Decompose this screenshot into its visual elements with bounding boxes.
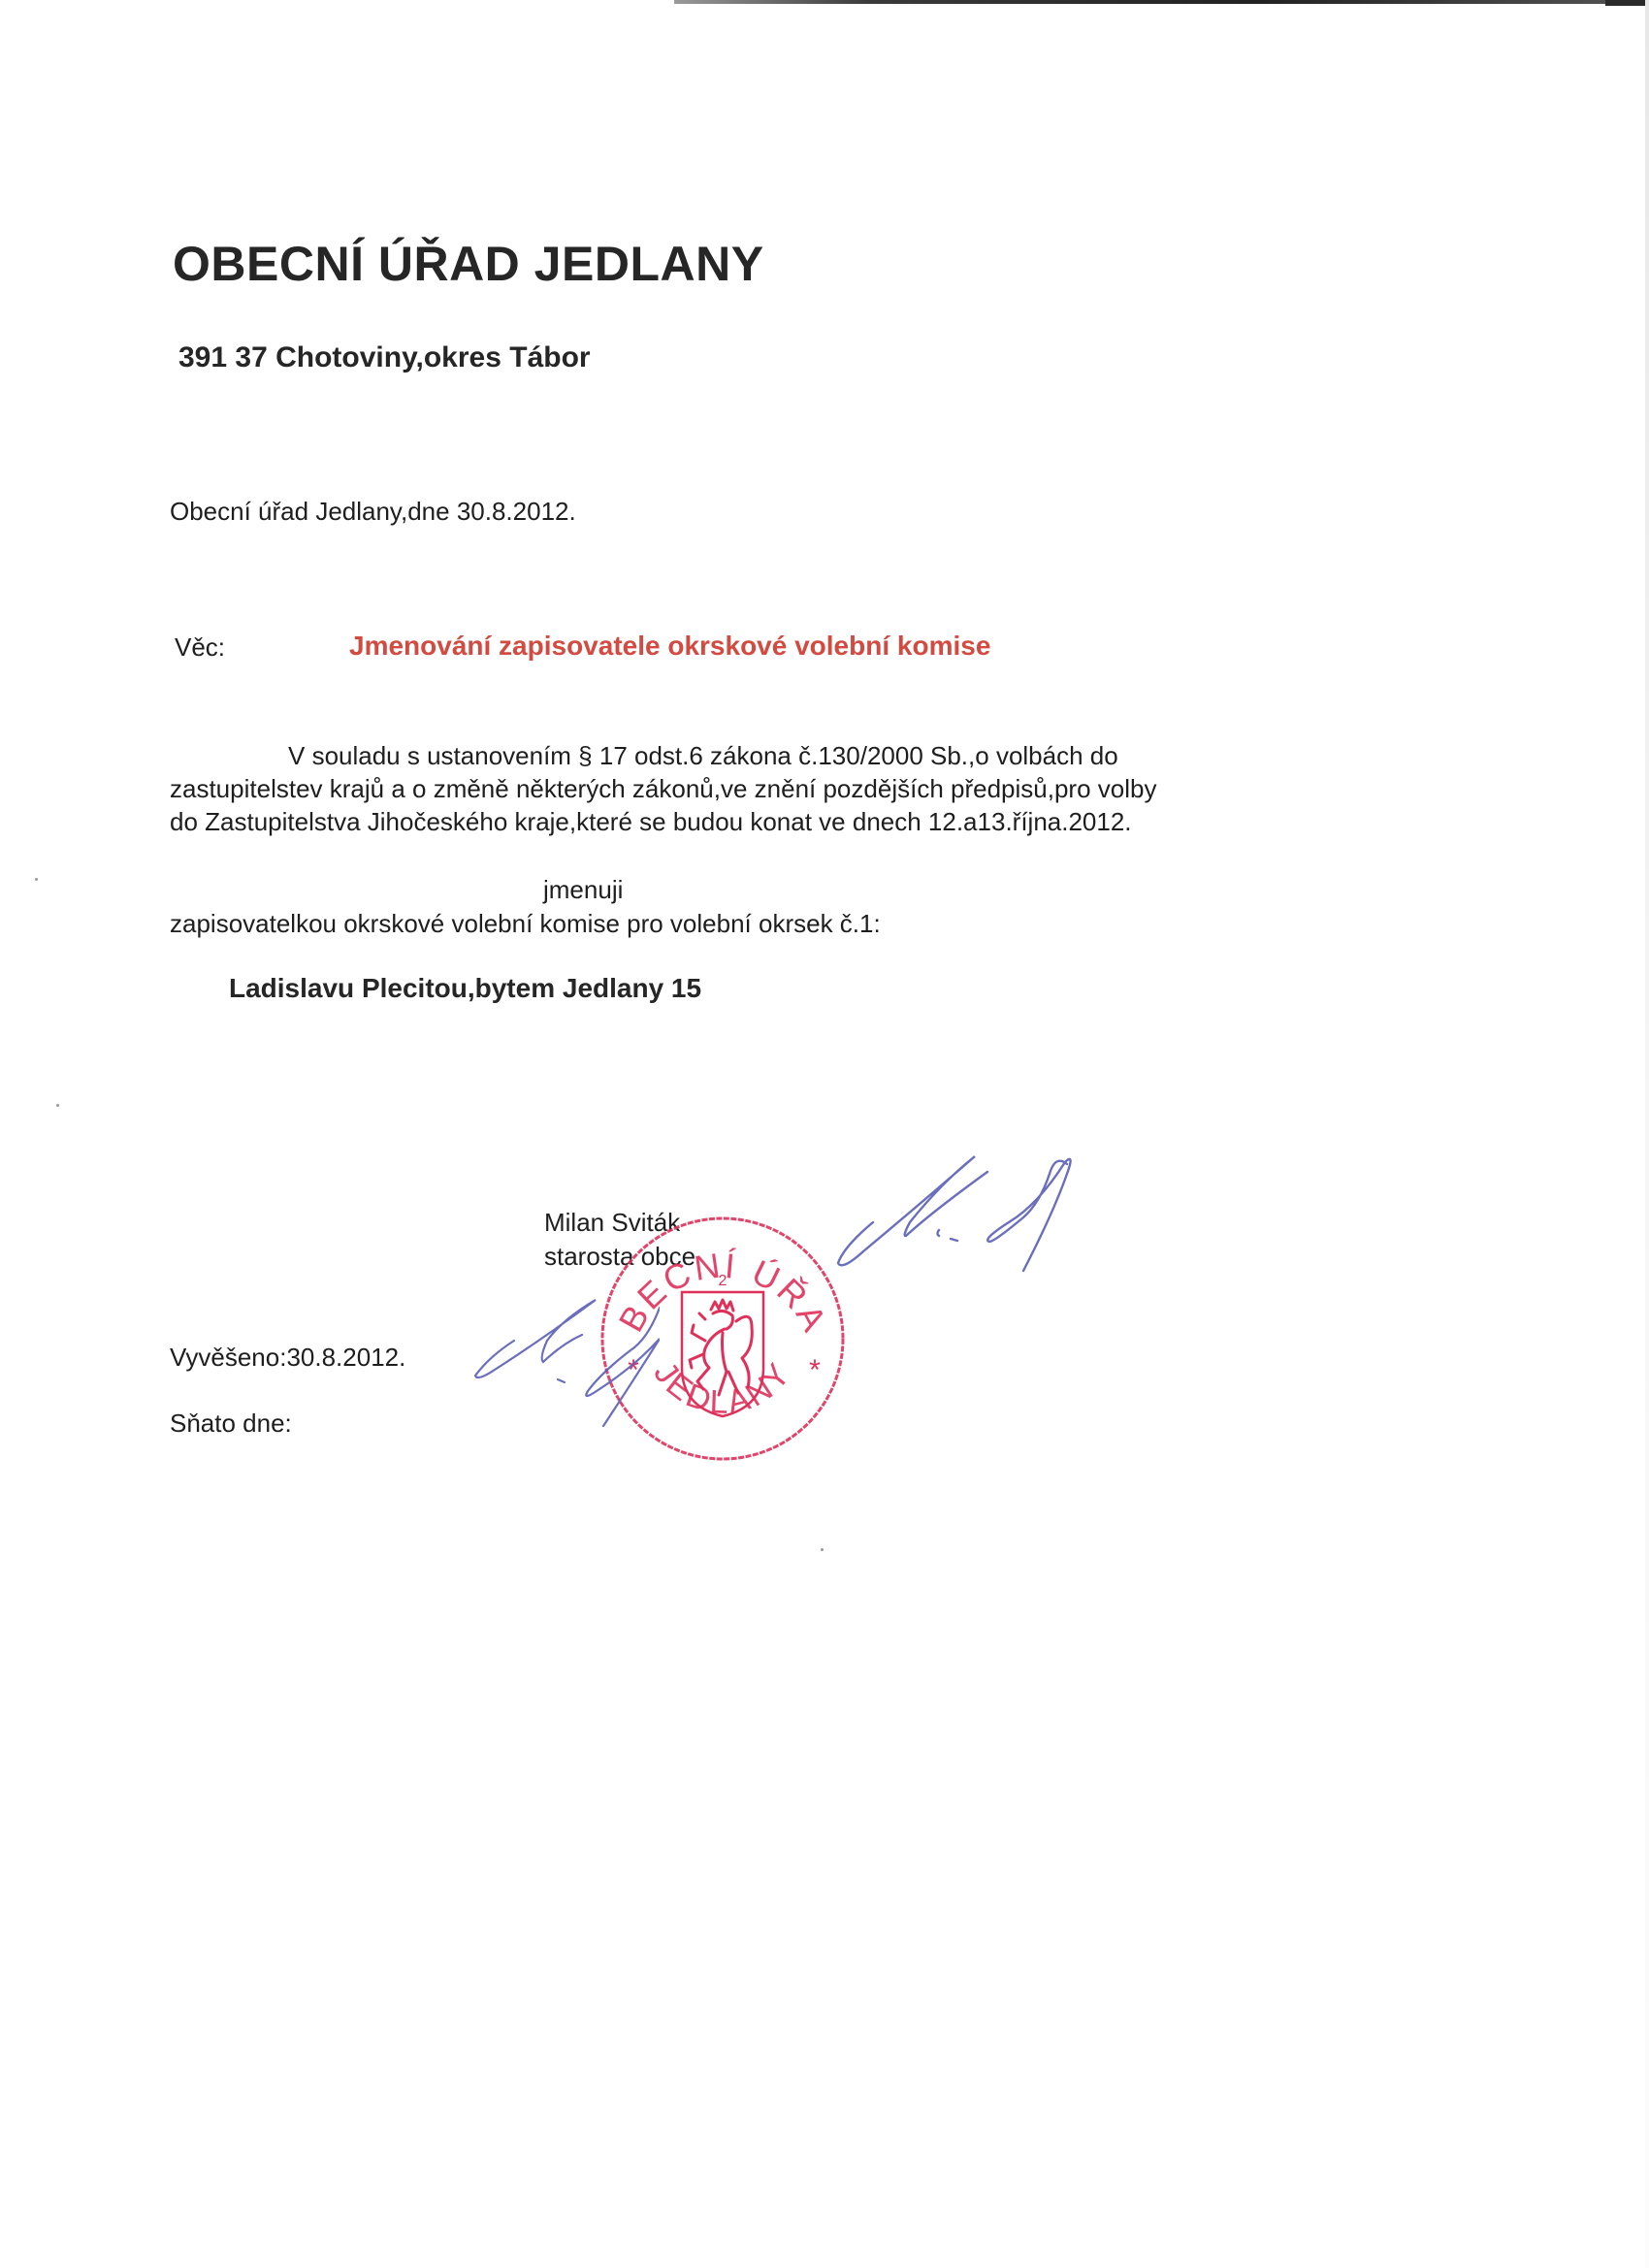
scan-edge-right — [1645, 0, 1649, 2268]
svg-text:OBECNÍ ÚŘAD: OBECNÍ ÚŘAD — [597, 1213, 836, 1340]
appointment-verb: jmenuji — [543, 875, 623, 905]
signature-right-icon — [824, 1145, 1086, 1290]
office-address: 391 37 Chotoviny,okres Tábor — [178, 341, 591, 374]
official-stamp-icon: OBECNÍ ÚŘAD JEDLANY 2 * * — [597, 1213, 849, 1465]
stamp-number: 2 — [719, 1273, 727, 1289]
appointee-name: Ladislavu Plecitou,bytem Jedlany 15 — [229, 973, 701, 1004]
body-line: zastupitelstev krajů a o změně některých… — [170, 772, 1237, 805]
stamp-top-text: OBECNÍ ÚŘAD — [597, 1213, 836, 1340]
scan-edge-top — [674, 0, 1649, 4]
removed-date: Sňato dne: — [170, 1409, 292, 1439]
subject-label: Věc: — [175, 632, 225, 663]
stamp-star-right: * — [809, 1354, 821, 1386]
body-line: V souladu s ustanovením § 17 odst.6 záko… — [170, 739, 1237, 772]
body-paragraph: V souladu s ustanovením § 17 odst.6 záko… — [170, 739, 1237, 838]
subject-text: Jmenování zapisovatele okrskové volební … — [349, 631, 990, 662]
scan-speck — [821, 1548, 824, 1551]
scan-speck — [35, 878, 38, 881]
body-line: do Zastupitelstva Jihočeského kraje,kter… — [170, 805, 1237, 838]
stamp-bottom-text: JEDLANY — [646, 1355, 798, 1421]
place-and-date: Obecní úřad Jedlany,dne 30.8.2012. — [170, 497, 576, 527]
stamp-star-left: * — [628, 1354, 639, 1386]
office-title: OBECNÍ ÚŘAD JEDLANY — [173, 236, 764, 292]
scan-speck — [56, 1104, 59, 1107]
scan-edge-corner — [1605, 0, 1649, 6]
appointment-line: zapisovatelkou okrskové volební komise p… — [170, 909, 881, 939]
posted-date: Vyvěšeno:30.8.2012. — [170, 1343, 405, 1373]
svg-text:JEDLANY: JEDLANY — [646, 1355, 798, 1421]
